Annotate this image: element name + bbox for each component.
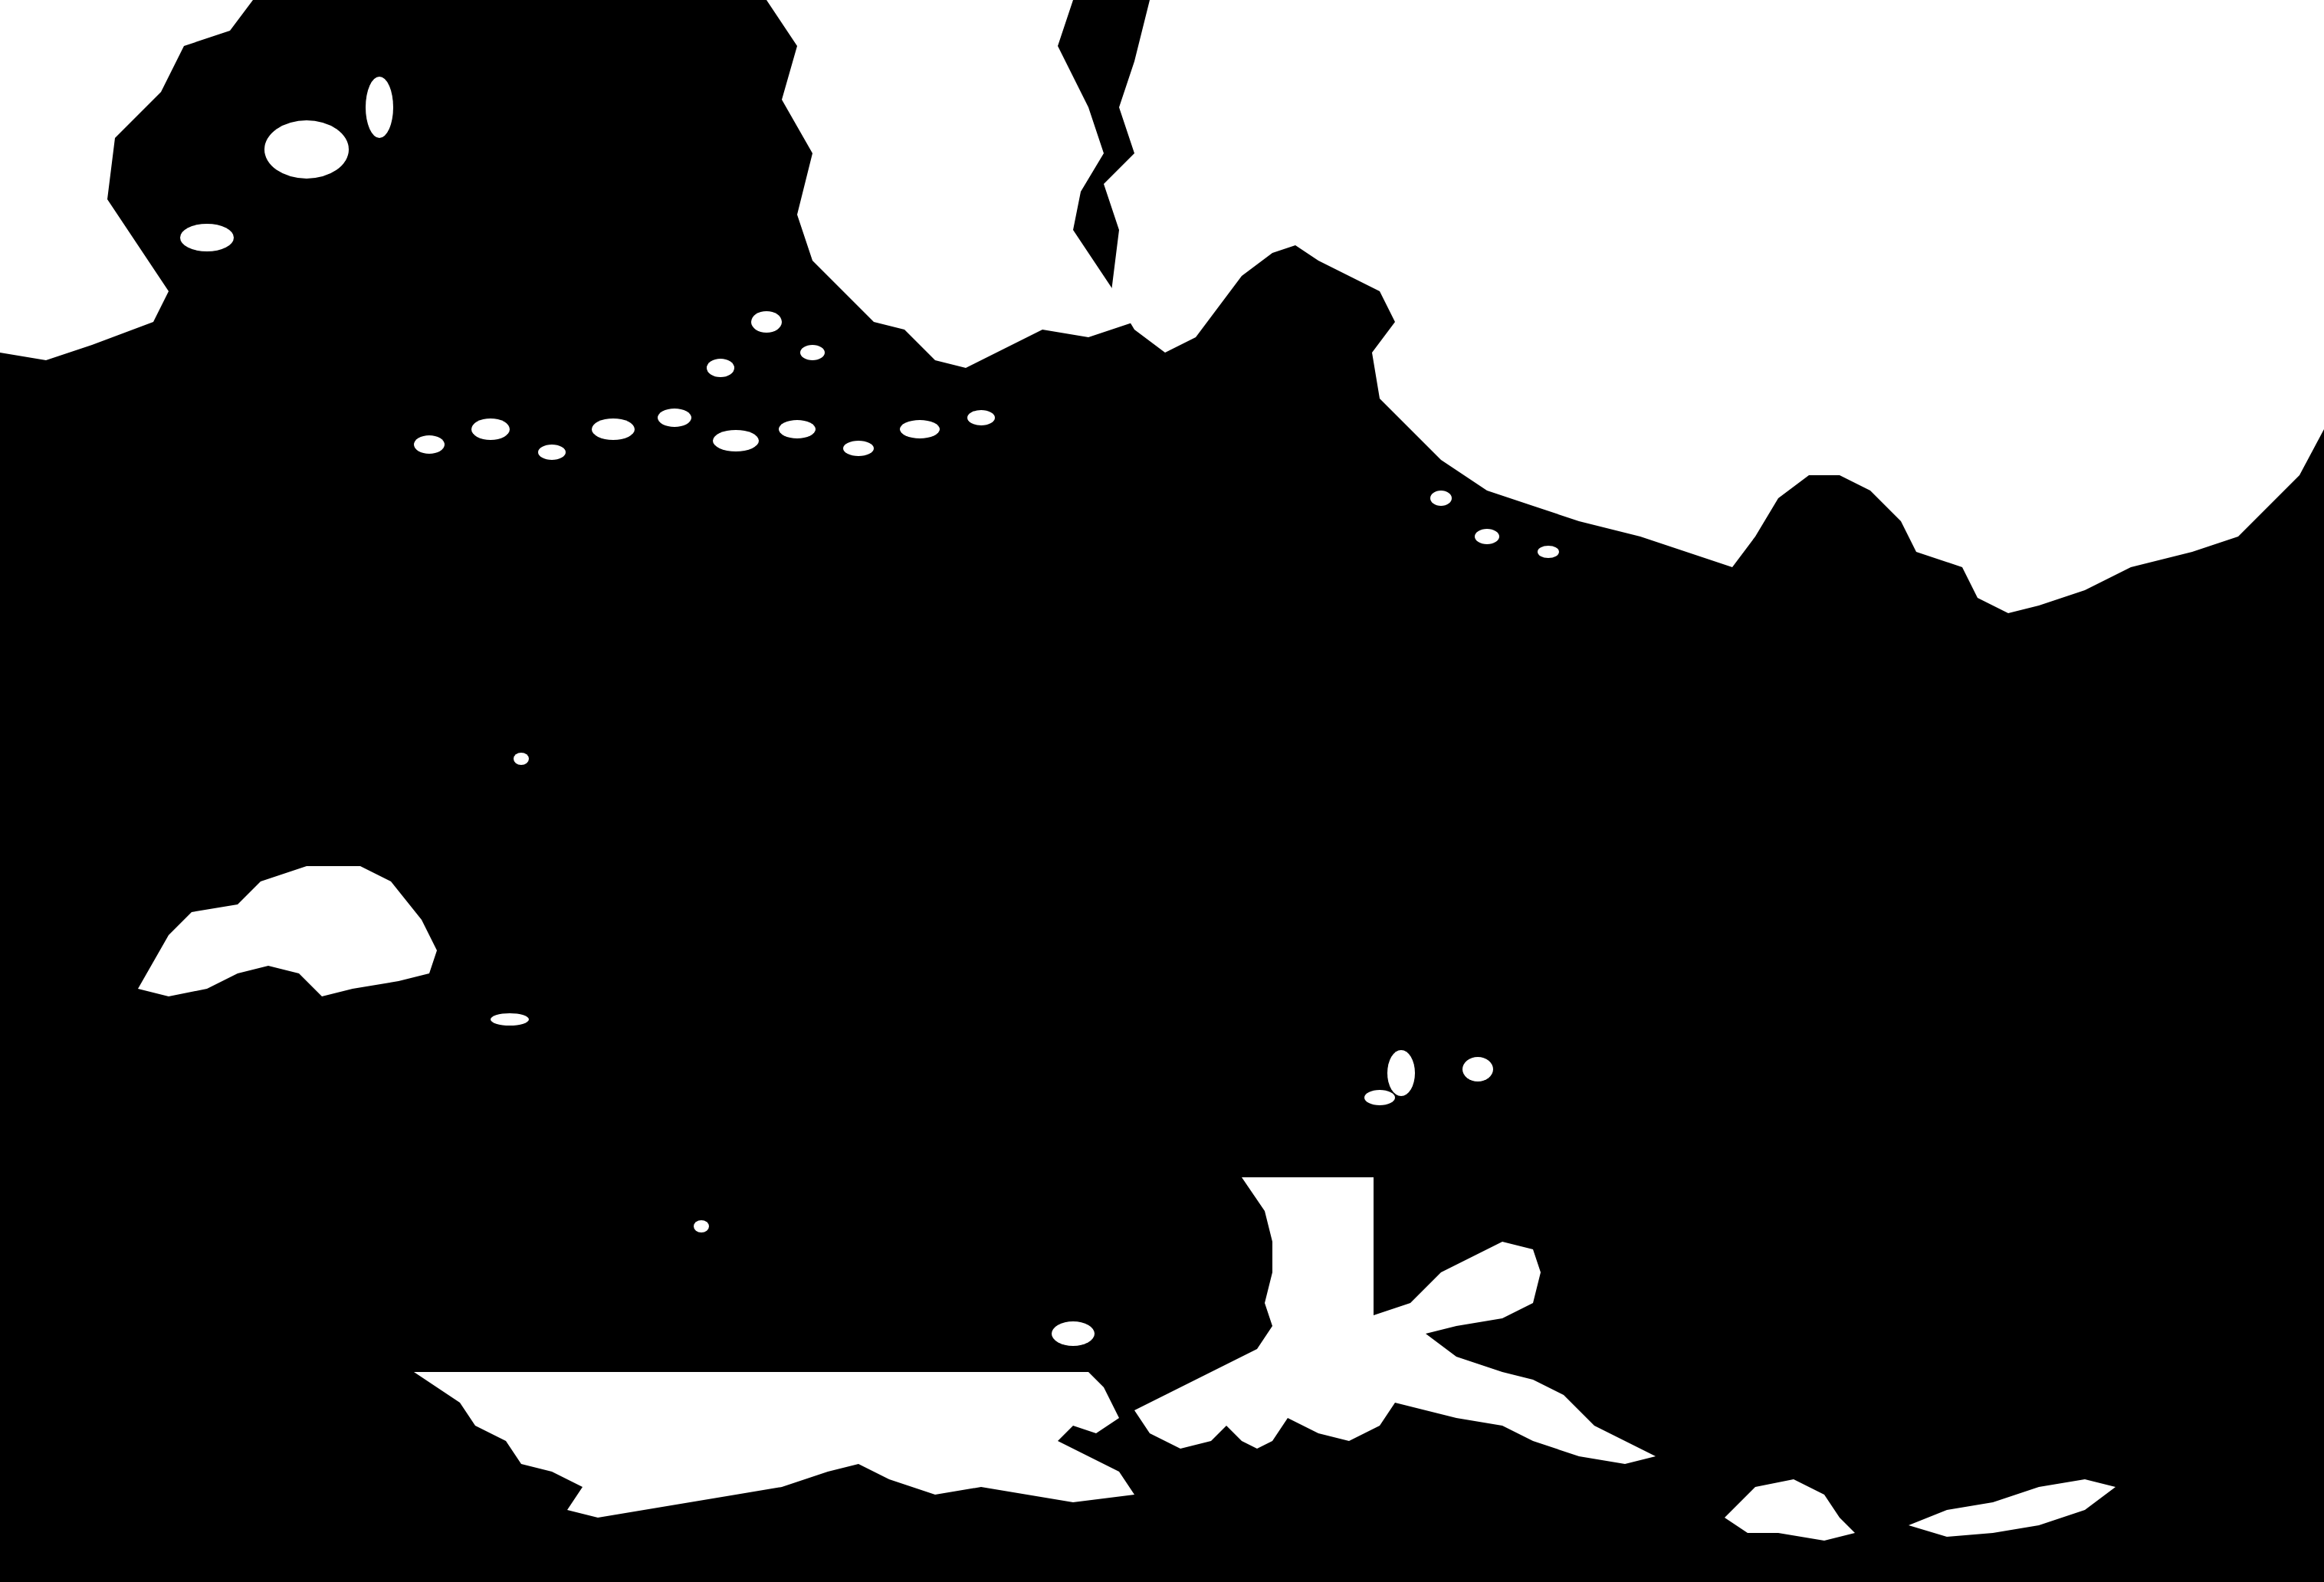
- bright-speck-6: [694, 1220, 709, 1232]
- sky-hole-2: [180, 224, 234, 251]
- bright-speck-4: [1364, 1090, 1395, 1105]
- sky-hole-3: [366, 77, 393, 138]
- sky-hole-1: [264, 120, 349, 179]
- bright-speck-3: [1462, 1057, 1493, 1081]
- bright-speck-5: [1052, 1321, 1095, 1346]
- binary-landscape-image: [0, 0, 2324, 1582]
- bright-speck-2: [1387, 1050, 1415, 1096]
- bright-speck-1: [491, 1013, 529, 1026]
